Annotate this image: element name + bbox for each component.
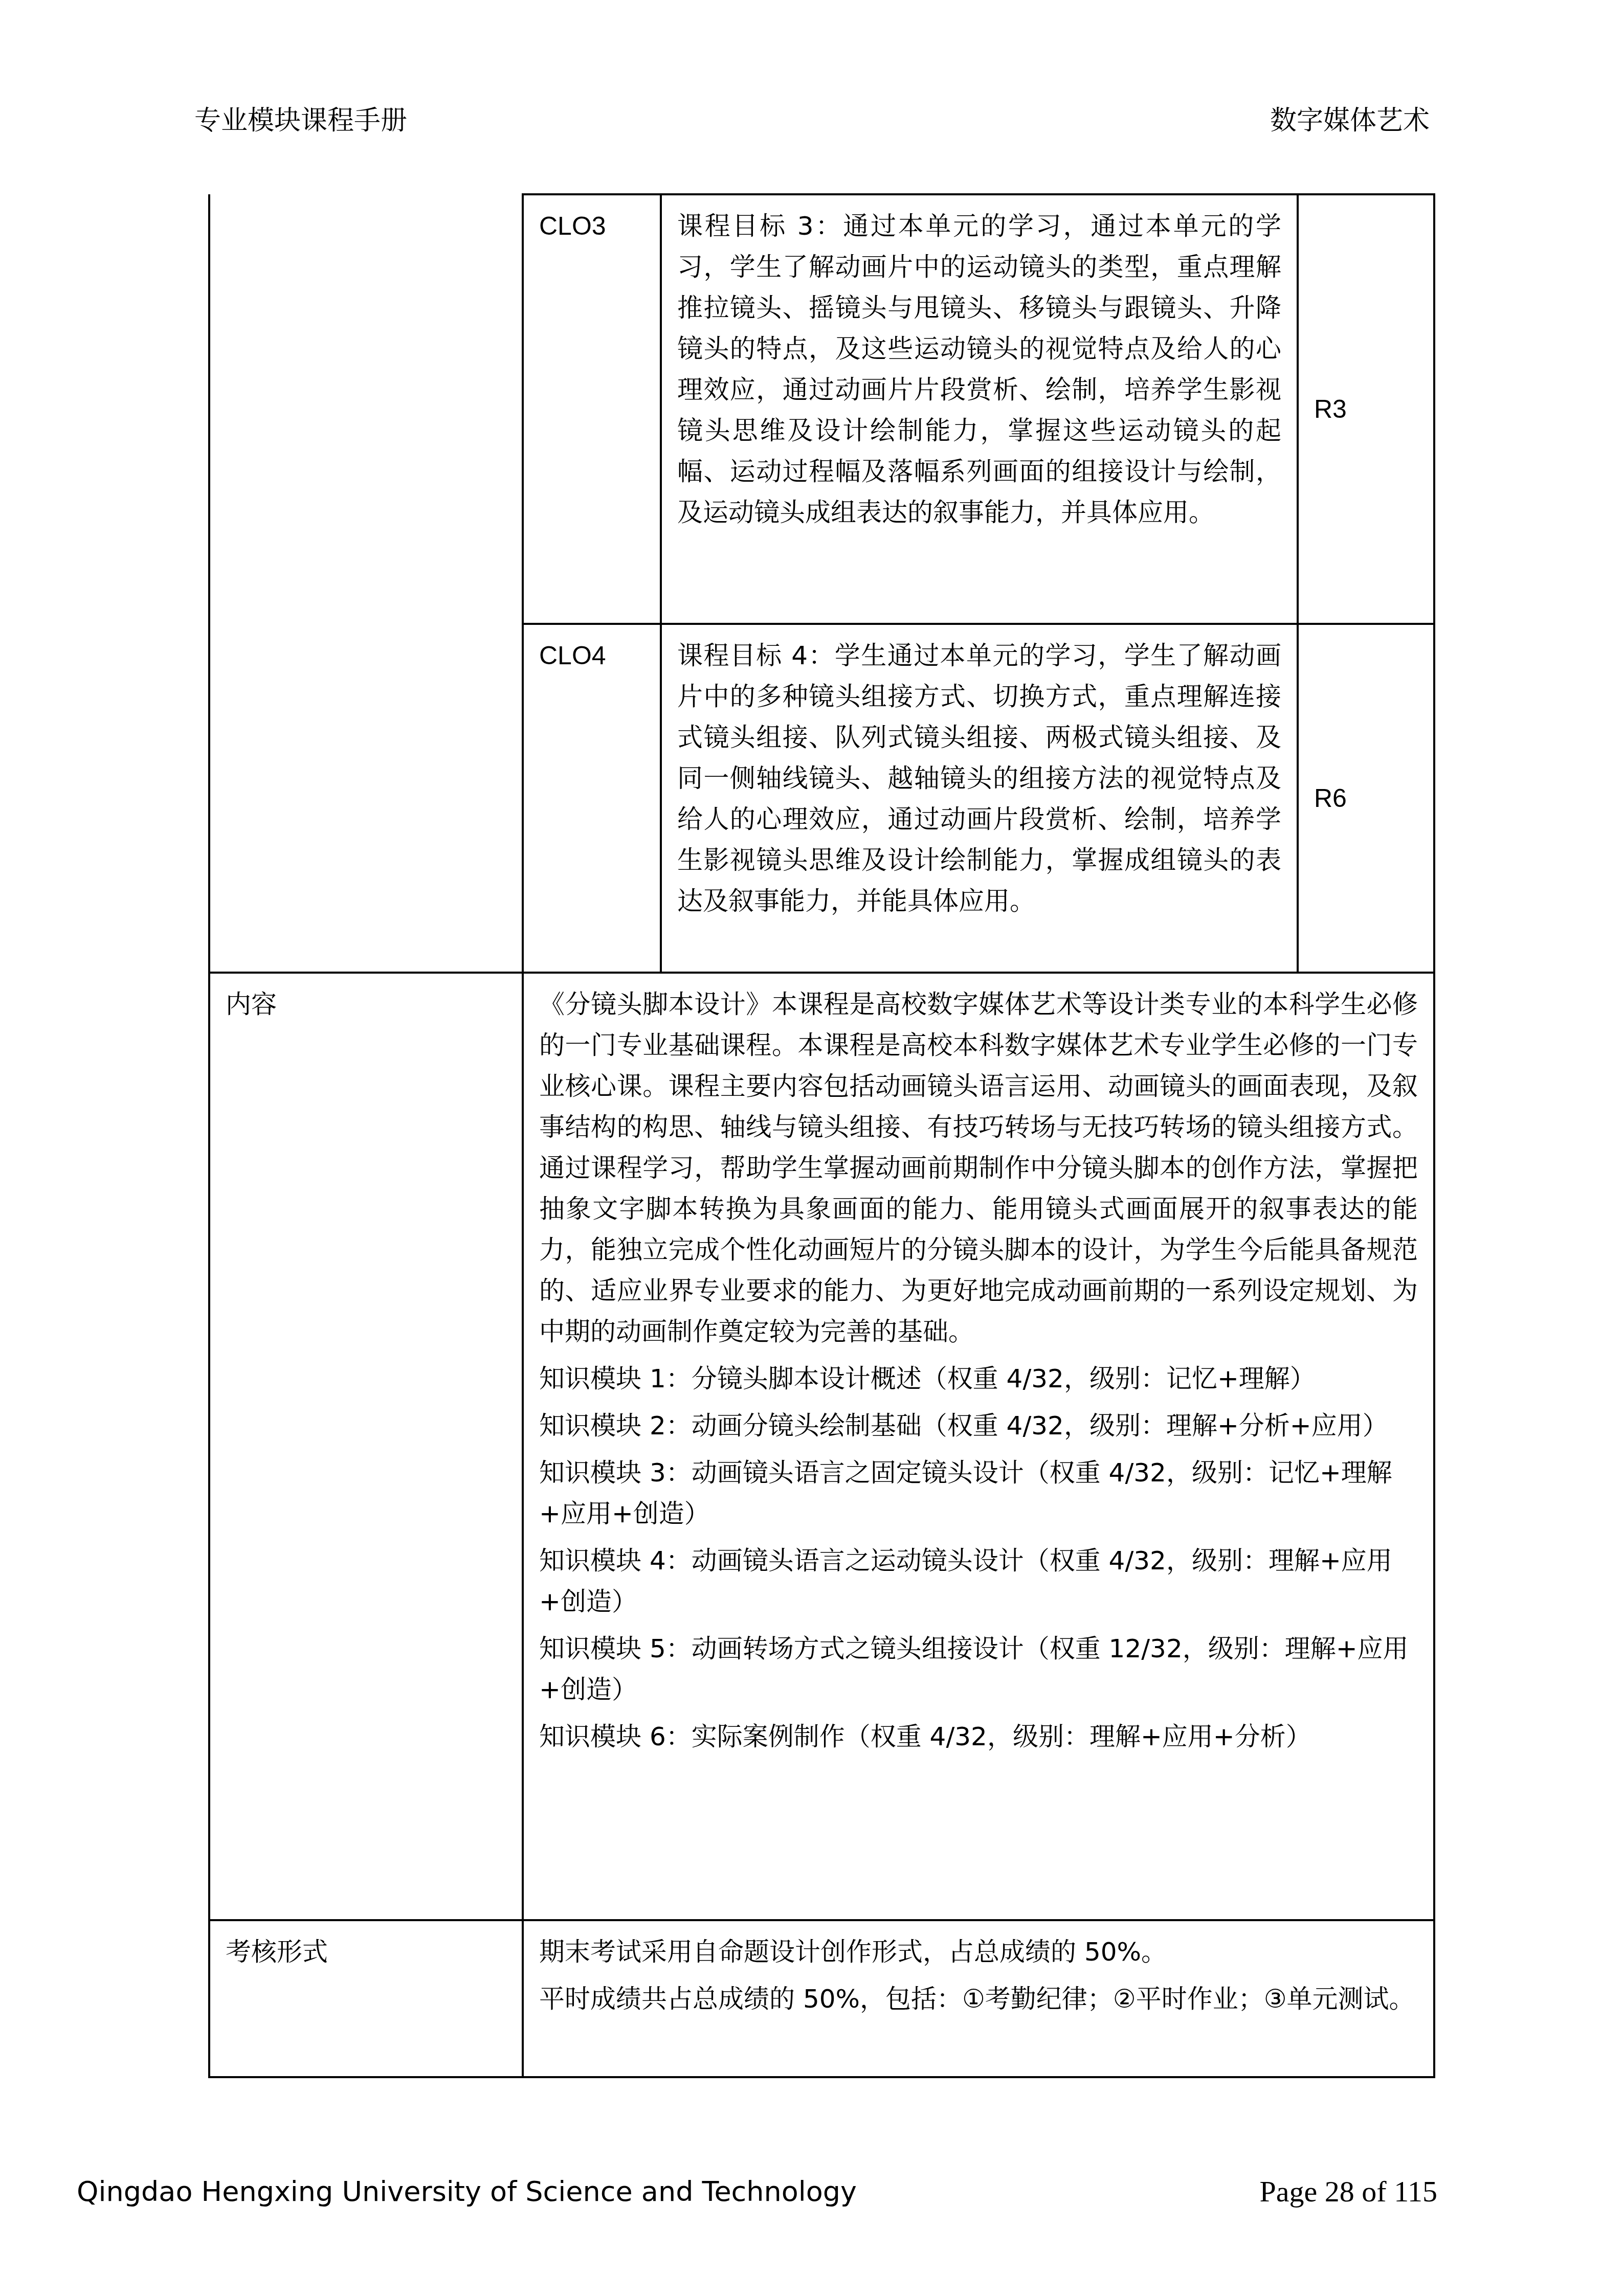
knowledge-module: 知识模块 5：动画转场方式之镜头组接设计（权重 12/32，级别：理解+应用+创… — [539, 1628, 1418, 1710]
knowledge-module: 知识模块 2：动画分镜头绘制基础（权重 4/32，级别：理解+分析+应用） — [539, 1405, 1418, 1446]
knowledge-module: 知识模块 4：动画镜头语言之运动镜头设计（权重 4/32，级别：理解+应用+创造… — [539, 1540, 1418, 1622]
handbook-title: 专业模块课程手册 — [194, 99, 407, 137]
clo-code: CLO3 — [523, 194, 661, 624]
table-row-assessment: 考核形式 期末考试采用自命题设计创作形式，占总成绩的 50%。 平时成绩共占总成… — [209, 1920, 1434, 2077]
assessment-label: 考核形式 — [209, 1920, 523, 2077]
table-row-content: 内容 《分镜头脚本设计》本课程是高校数字媒体艺术等设计类专业的本科学生必修的一门… — [209, 973, 1434, 1920]
page-footer: Qingdao Hengxing University of Science a… — [77, 2171, 1437, 2212]
page-header: 专业模块课程手册 数字媒体艺术 — [194, 97, 1430, 138]
table-row-clo3: CLO3 课程目标 3：通过本单元的学习，通过本单元的学习，学生了解动画片中的运… — [209, 194, 1434, 624]
clo-requirement: R3 — [1298, 194, 1434, 624]
clo-description: 课程目标 3：通过本单元的学习，通过本单元的学习，学生了解动画片中的运动镜头的类… — [661, 194, 1298, 624]
knowledge-module: 知识模块 6：实际案例制作（权重 4/32，级别：理解+应用+分析） — [539, 1716, 1418, 1757]
clo-code: CLO4 — [523, 624, 661, 973]
assessment-final-exam: 期末考试采用自命题设计创作形式，占总成绩的 50%。 — [539, 1931, 1418, 1972]
course-table: CLO3 课程目标 3：通过本单元的学习，通过本单元的学习，学生了解动画片中的运… — [208, 193, 1435, 2078]
knowledge-module: 知识模块 1：分镜头脚本设计概述（权重 4/32，级别：记忆+理解） — [539, 1358, 1418, 1399]
clo-description: 课程目标 4：学生通过本单元的学习，学生了解动画片中的多种镜头组接方式、切换方式… — [661, 624, 1298, 973]
knowledge-module: 知识模块 3：动画镜头语言之固定镜头设计（权重 4/32，级别：记忆+理解+应用… — [539, 1452, 1418, 1534]
major-name: 数字媒体艺术 — [1270, 99, 1430, 137]
content-body: 《分镜头脚本设计》本课程是高校数字媒体艺术等设计类专业的本科学生必修的一门专业基… — [523, 973, 1434, 1920]
institution-name: Qingdao Hengxing University of Science a… — [77, 2175, 857, 2208]
content-label: 内容 — [209, 973, 523, 1920]
assessment-regular-score: 平时成绩共占总成绩的 50%，包括：①考勤纪律；②平时作业；③单元测试。 — [539, 1978, 1418, 2019]
objectives-label-cell-continued — [209, 194, 523, 973]
assessment-body: 期末考试采用自命题设计创作形式，占总成绩的 50%。 平时成绩共占总成绩的 50… — [523, 1920, 1434, 2077]
spacer — [539, 1757, 1418, 1783]
page-number: Page 28 of 115 — [1260, 2174, 1437, 2209]
clo-requirement: R6 — [1298, 624, 1434, 973]
content-intro: 《分镜头脚本设计》本课程是高校数字媒体艺术等设计类专业的本科学生必修的一门专业基… — [539, 984, 1418, 1352]
